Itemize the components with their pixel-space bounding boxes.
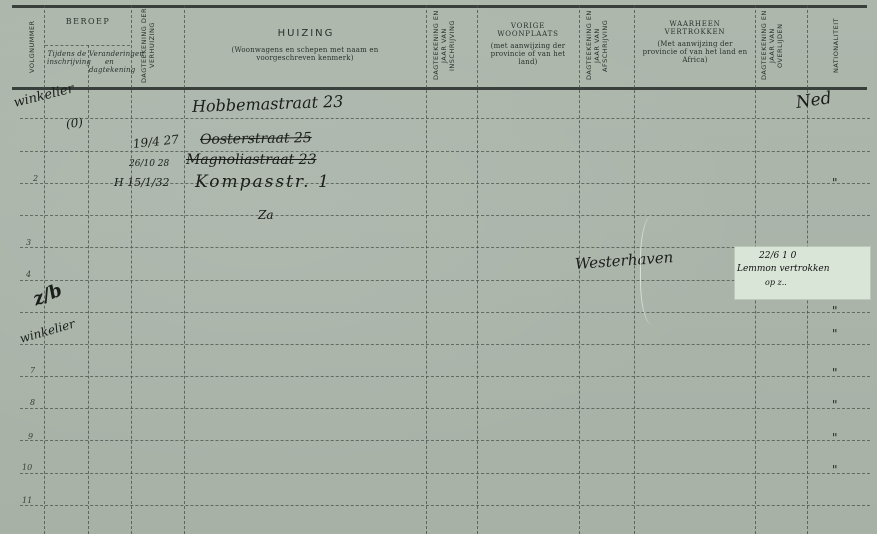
row-number: 2 [33,174,38,183]
header-nationaliteit: NATIONALITEIT [832,10,842,80]
header-dagtekening-inschrijving: DAGTEEKENING EN JAAR VAN INSCHRIJVING [432,8,472,83]
header-waarheen-vertrokken: WAARHEEN VERTROKKEN [650,20,740,36]
header-beroep-sub1: Tijdens de inschrijving [47,50,87,66]
col-line [44,5,45,534]
row-number: 8 [30,398,35,407]
note-text: op z.. [765,278,787,287]
row-number: 4 [26,270,31,279]
header-beroep-sub2: Veranderingen en dagtekening [89,50,130,74]
row-number: 3 [26,238,31,247]
entry-huizing-address: Kompasstr. 1 [195,172,331,192]
entry-huizing-note: Za [258,208,274,222]
col-line [426,5,427,534]
pasted-note: 22/6 1 0 Lemmon vertrokken op z.. [735,247,870,299]
entry-nationaliteit: " [832,327,838,341]
row-number: 9 [28,432,33,441]
header-dagtekening-afschrijving: DAGTEEKENING EN JAAR VAN AFSCHRIJVING [585,8,625,83]
row-number: 7 [30,366,35,375]
entry-nationaliteit: " [832,366,838,380]
entry-nationaliteit: " [832,463,838,477]
row-number: 10 [22,463,32,472]
row-line [20,440,870,441]
row-line [20,118,870,119]
col-line [131,5,132,534]
entry-verhuizing-date: H 15/1/32 [114,176,170,189]
header-dagtekening-overlijden: DAGTEEKENING EN JAAR VAN OVERLIJDEN [760,8,802,83]
entry-beroep-1b: (0) [65,115,83,131]
col-line [184,5,185,534]
paper-crease [640,215,671,325]
entry-nationaliteit: " [832,431,838,445]
row-number: 11 [22,496,32,505]
header-huizing-sub: (Woonwagens en schepen met naam en voorg… [215,46,395,62]
row-line [20,376,870,377]
col-line [634,5,635,534]
header-beroep: BEROEP [46,18,130,26]
row-line [20,344,870,345]
row-line [20,408,870,409]
note-text: Lemmon vertrokken [737,264,830,274]
header-waarheen-sub: (Met aanwijzing der provincie of van het… [640,40,750,64]
entry-verhuizing-date: 26/10 28 [129,159,169,169]
row-line [20,473,870,474]
row-line [20,505,870,506]
entry-huizing-address-struck: Oosterstraat 25 [200,130,312,148]
header-huizing: HUIZING [186,30,426,38]
header-dagtekening-verhuizing: DAGTEEKENING DER VERHUIZING [140,8,174,83]
entry-nationaliteit: " [832,304,838,318]
col-line [477,5,478,534]
header-vorige-woonplaats: VORIGE WOONPLAATS [490,22,566,38]
header-volgnummer: VOLGNUMMER [28,12,38,82]
entry-huizing-address-struck: Magnoliastraat 23 [186,152,316,168]
note-date: 22/6 1 0 [759,251,796,261]
row-line [20,151,870,152]
entry-nationaliteit: " [832,176,838,190]
row-line [20,215,870,216]
header-vorige-woonplaats-sub: (met aanwijzing der provincie of van het… [487,42,569,66]
entry-nationaliteit: " [832,398,838,412]
row-line [20,312,870,313]
header-bottom-border [12,87,867,90]
